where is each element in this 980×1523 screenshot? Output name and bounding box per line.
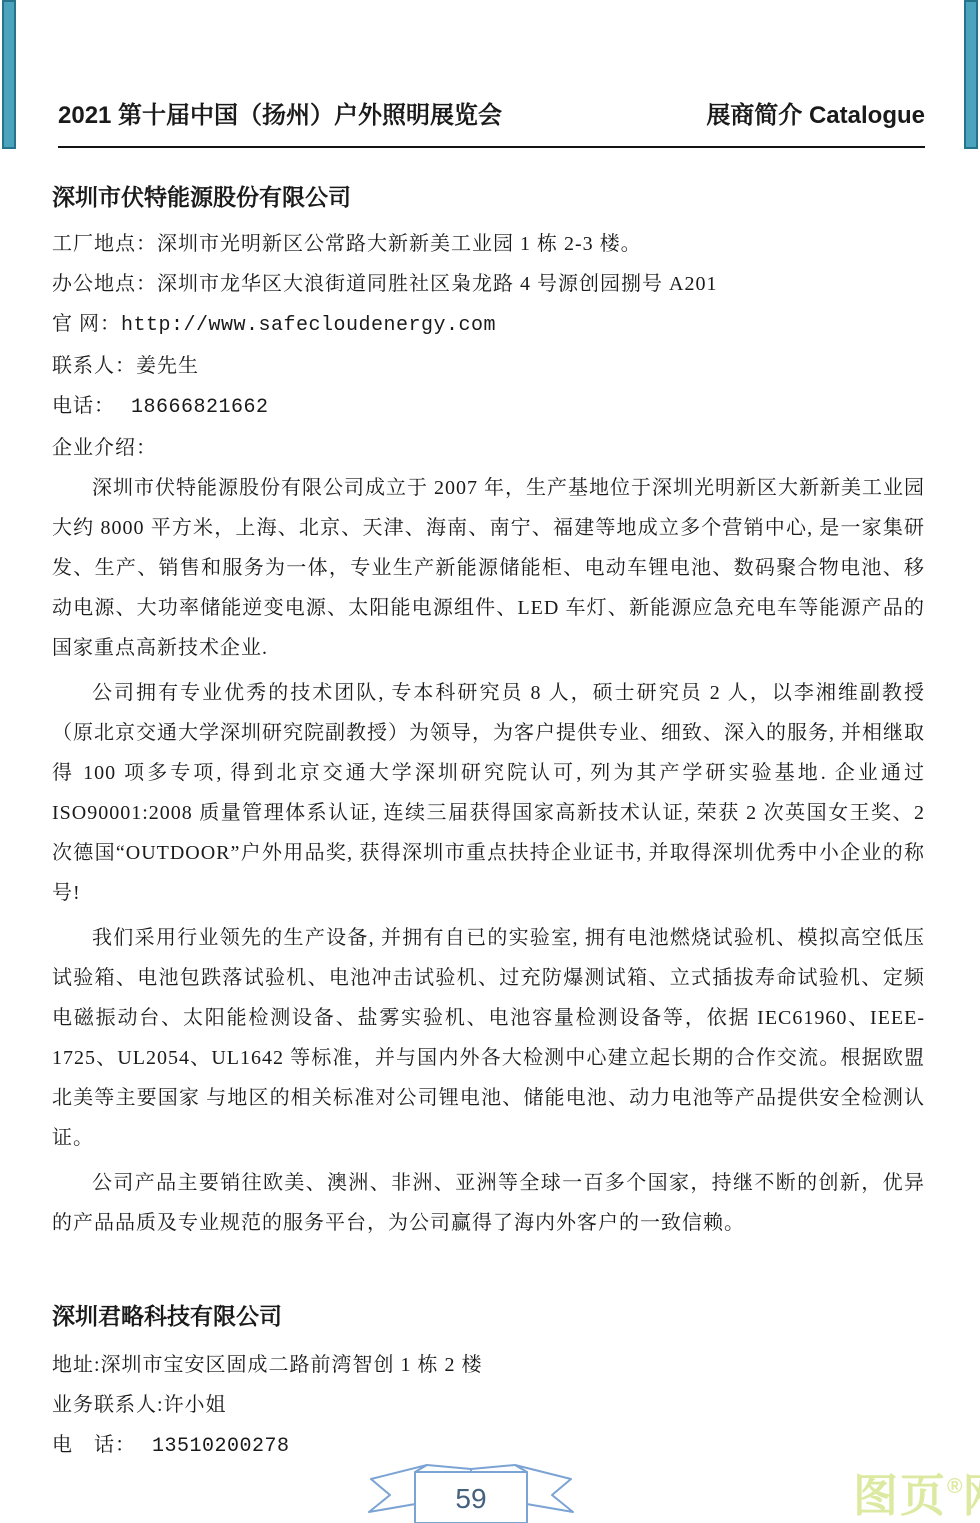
company1-intro-label-line: 企业介绍： [52,428,925,468]
website-url-link[interactable]: http://www.safecloudenergy.com [121,314,496,337]
company1-introduction: 深圳市伏特能源股份有限公司成立于 2007 年，生产基地位于深圳光明新区大新新美… [52,468,925,1243]
company2-info-block: 地址:深圳市宝安区固成二路前湾智创 1 栋 2 楼 业务联系人:许小姐 电 话：… [52,1345,925,1467]
company1-website-line: 官 网：http://www.safecloudenergy.com [52,304,925,346]
intro-paragraph-1: 深圳市伏特能源股份有限公司成立于 2007 年，生产基地位于深圳光明新区大新新美… [52,468,925,668]
company2-phone-value: 13510200278 [152,1435,290,1458]
company1-info-block: 工厂地点：深圳市光明新区公常路大新新美工业园 1 栋 2-3 楼。 办公地点：深… [52,224,925,468]
intro-paragraph-3: 我们采用行业领先的生产设备, 并拥有自已的实验室, 拥有电池燃烧试验机、模拟高空… [52,918,925,1158]
factory-address-value: 深圳市光明新区公常路大新新美工业园 1 栋 2-3 楼。 [157,233,642,255]
ribbon-banner-icon: 59 [365,1459,577,1523]
company1-name-heading: 深圳市伏特能源股份有限公司 [52,182,925,212]
header-title-left: 2021 第十届中国（扬州）户外照明展览会 [58,100,502,132]
company1-contact-line: 联系人：姜先生 [52,346,925,386]
contact-person-label: 联系人： [52,355,136,377]
company2-name-heading: 深圳君略科技有限公司 [52,1301,925,1331]
company2-contact-value: 许小姐 [164,1394,227,1416]
company1-factory-address-line: 工厂地点：深圳市光明新区公常路大新新美工业园 1 栋 2-3 楼。 [52,224,925,264]
company1-phone-line: 电话：18666821662 [52,386,925,428]
intro-paragraph-4: 公司产品主要销往欧美、澳洲、非洲、亚洲等全球一百多个国家，持继不断的创新，优异的… [52,1163,925,1243]
company2-contact-line: 业务联系人:许小姐 [52,1385,925,1425]
office-address-label: 办公地点： [52,273,157,295]
watermark-text-after: 网 [963,1470,980,1521]
watermark-logo: 图页®网 [853,1463,980,1520]
company1-office-address-line: 办公地点：深圳市龙华区大浪街道同胜社区枭龙路 4 号源创园捌号 A201 [52,264,925,304]
right-accent-bar [964,0,978,149]
ribbon-right-fold [471,1465,527,1472]
page-number-ribbon: 59 [365,1459,577,1523]
catalogue-page: 2021 第十届中国（扬州）户外照明展览会 展商简介 Catalogue 深圳市… [0,0,980,1523]
office-address-value: 深圳市龙华区大浪街道同胜社区枭龙路 4 号源创园捌号 A201 [157,273,717,295]
page-number: 59 [455,1483,486,1514]
website-label: 官 网： [52,313,121,335]
company-intro-label: 企业介绍： [52,437,157,459]
factory-address-label: 工厂地点： [52,233,157,255]
contact-person-value: 姜先生 [136,355,199,377]
left-accent-bar [2,0,16,149]
watermark-text-before: 图页 [853,1470,947,1521]
page-header: 2021 第十届中国（扬州）户外照明展览会 展商简介 Catalogue [58,0,925,148]
company2-address-label: 地址: [52,1354,101,1376]
company2-contact-label: 业务联系人: [52,1394,164,1416]
company2-phone-label: 电 话： [52,1434,136,1456]
phone-label: 电话： [52,395,115,417]
registered-trademark-icon: ® [947,1475,962,1498]
header-title-right: 展商简介 Catalogue [706,100,925,132]
intro-paragraph-2: 公司拥有专业优秀的技术团队, 专本科研究员 8 人，硕士研究员 2 人，以李湘维… [52,673,925,913]
company2-address-value: 深圳市宝安区固成二路前湾智创 1 栋 2 楼 [101,1354,483,1376]
phone-number-value: 18666821662 [131,396,269,419]
page-content: 深圳市伏特能源股份有限公司 工厂地点：深圳市光明新区公常路大新新美工业园 1 栋… [52,182,925,1467]
ribbon-left-fold [415,1465,471,1472]
company2-address-line: 地址:深圳市宝安区固成二路前湾智创 1 栋 2 楼 [52,1345,925,1385]
